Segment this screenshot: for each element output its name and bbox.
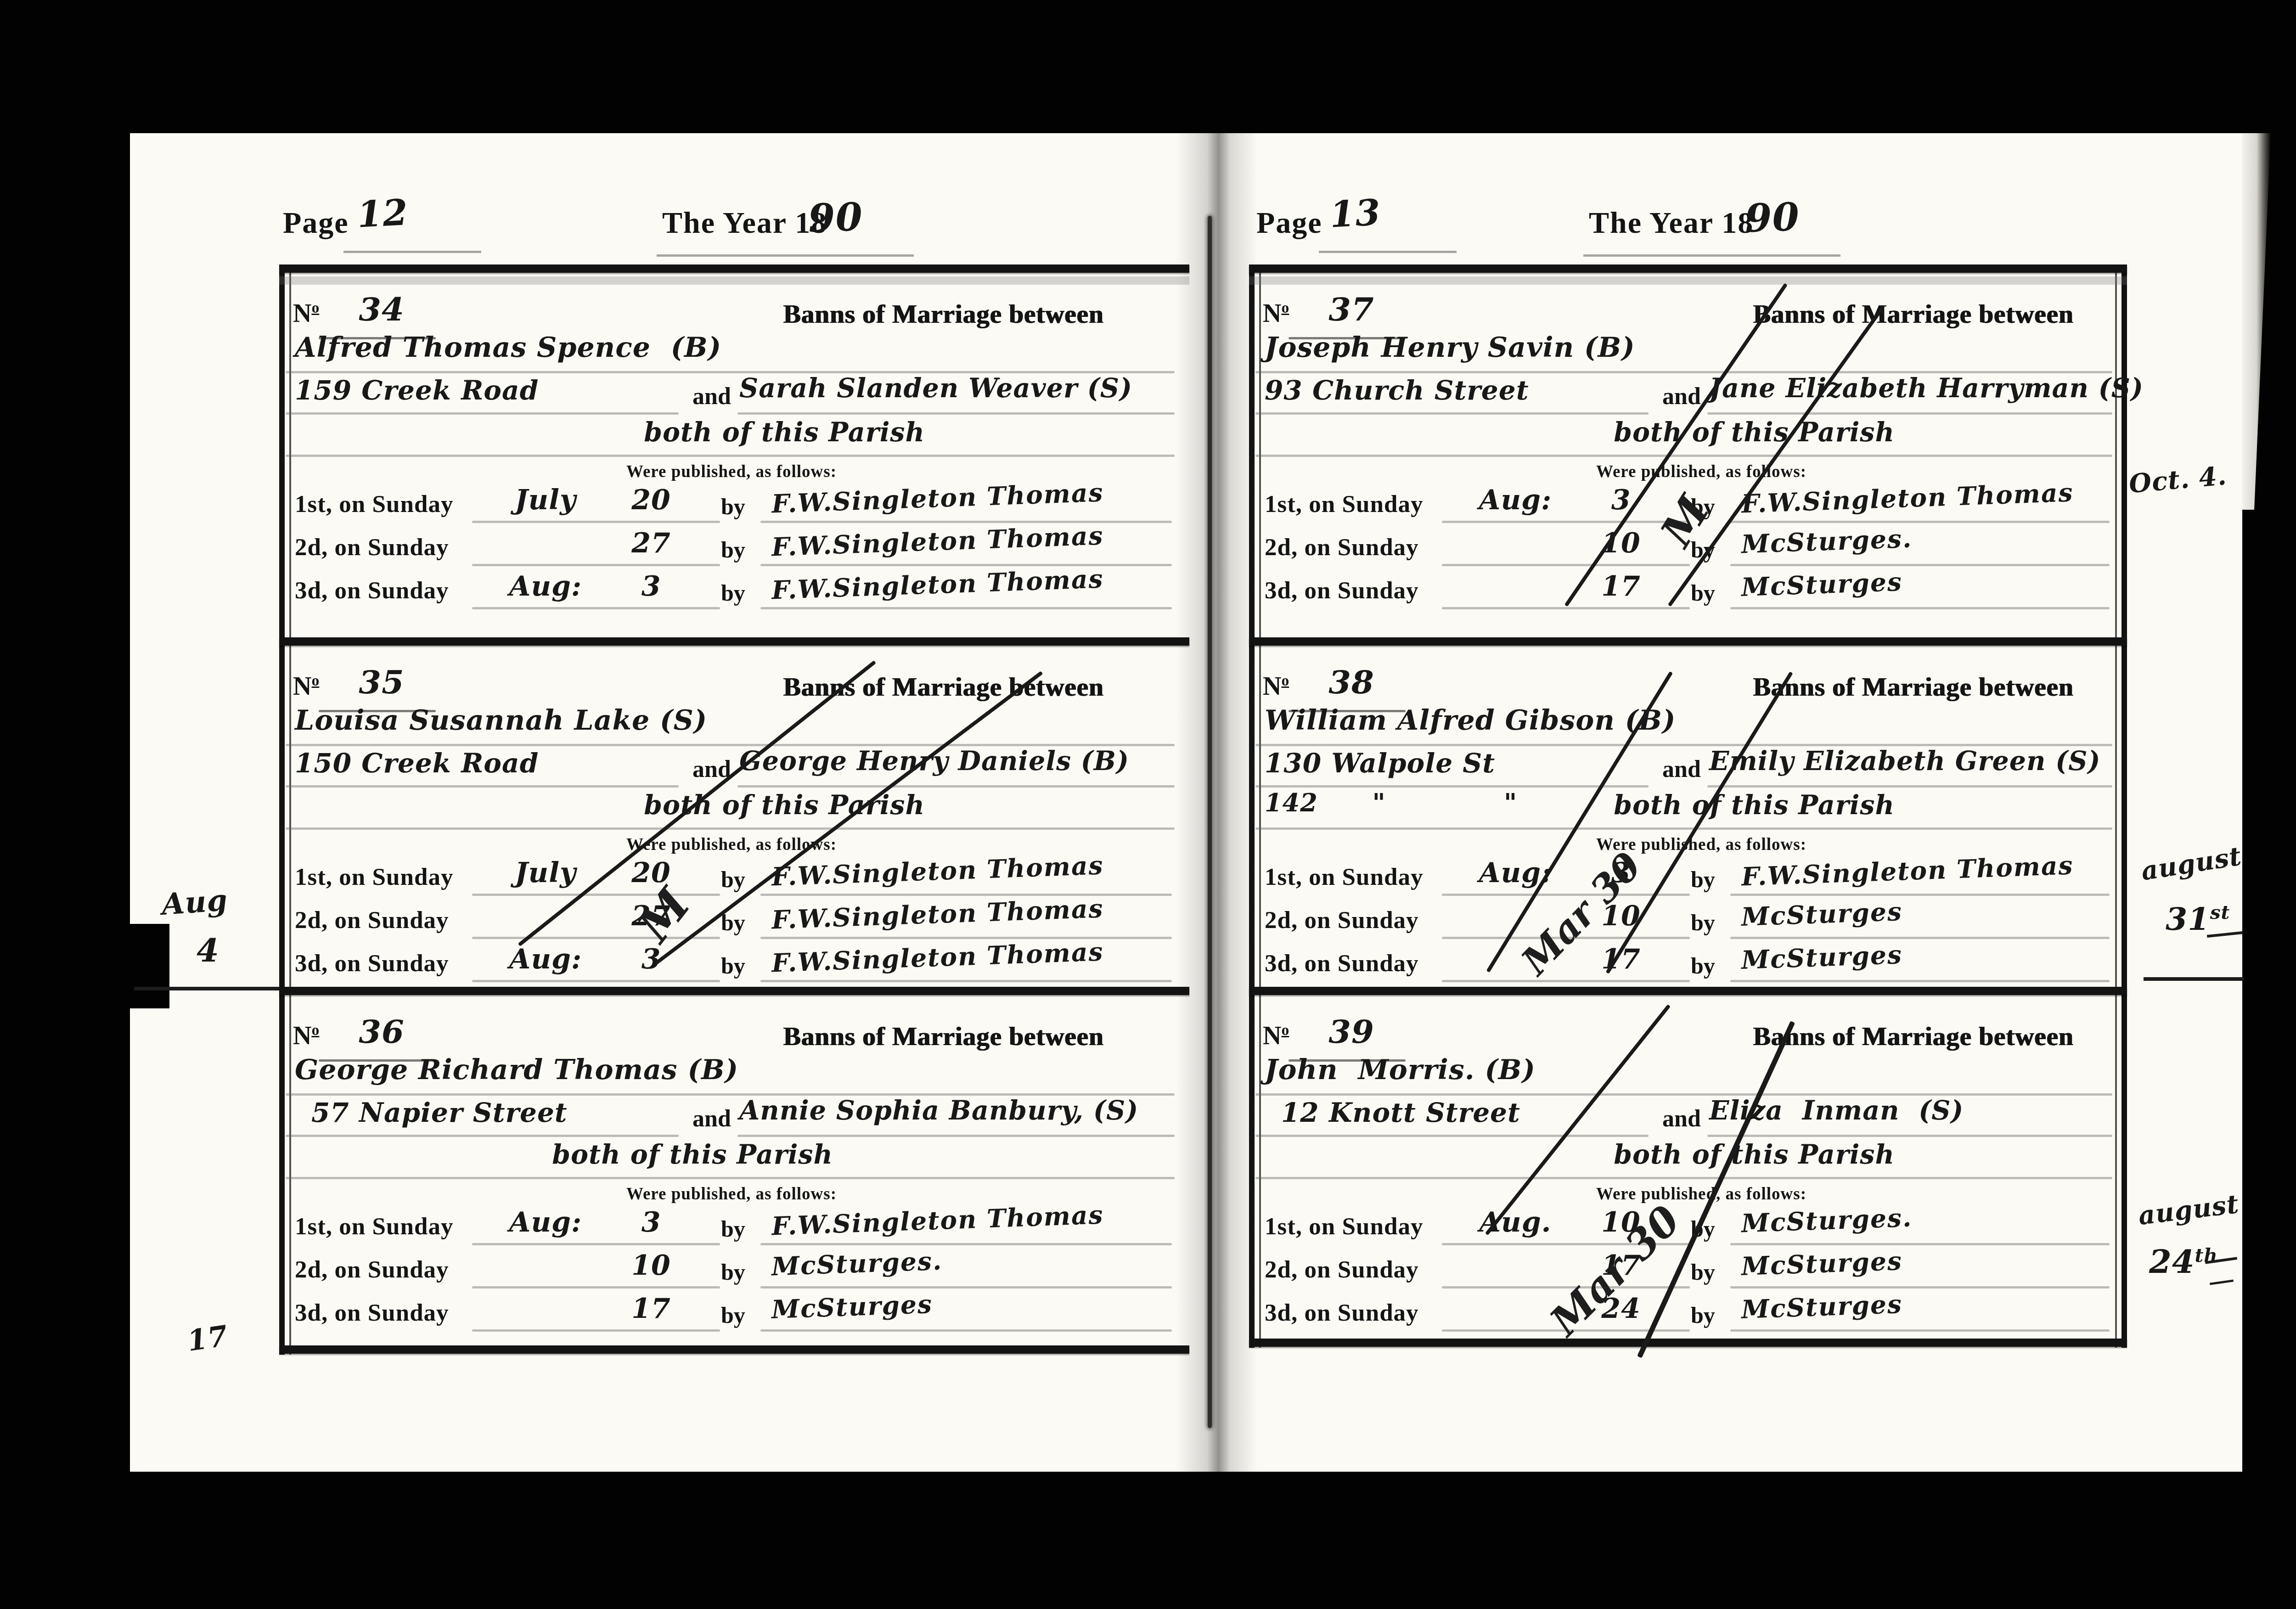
officiant-signature: McSturges	[1741, 896, 1903, 932]
writing-rule	[1707, 1135, 2112, 1137]
writing-rule	[760, 937, 1172, 939]
and-label: and	[692, 1105, 731, 1132]
row-label: 1st, on Sunday	[1265, 1213, 1423, 1240]
page-number-right: 13	[1329, 191, 1382, 236]
banns-day: 27	[617, 527, 686, 559]
officiant-signature: F.W.Singleton Thomas	[1741, 850, 2074, 891]
officiant-signature: McSturges.	[1741, 1203, 1913, 1238]
officiant-signature: McSturges	[1741, 1289, 1903, 1324]
banns-entry-36: No 36 Banns of Marriage between George R…	[279, 995, 1189, 1345]
address-line2: 142 " "	[1265, 788, 1517, 817]
banns-title: Banns of Marriage between	[743, 1022, 1143, 1052]
writing-rule	[1730, 1329, 2110, 1332]
writing-rule	[1442, 521, 1690, 523]
writing-rule	[737, 1135, 1175, 1137]
publication-row-3: 3d, on Sunday 17 by McSturges	[1249, 945, 2127, 988]
writing-rule	[1255, 455, 2112, 457]
page-number-rule	[1319, 251, 1457, 253]
writing-rule	[472, 1329, 720, 1332]
publication-row-3: 3d, on Sunday Aug: 3 by F.W.Singleton Th…	[279, 572, 1189, 615]
writing-rule	[760, 607, 1172, 609]
officiant-signature: McSturges	[1741, 1246, 1903, 1281]
banns-month: Aug:	[474, 943, 617, 975]
address: 150 Creek Road	[295, 748, 539, 779]
by-label: by	[721, 1259, 745, 1285]
writing-rule	[1730, 607, 2110, 609]
register-scan: Page 12 The Year 18 90 Page 13 The Year …	[0, 0, 2296, 1609]
row-label: 1st, on Sunday	[295, 490, 453, 518]
no-label: No	[293, 1021, 319, 1051]
writing-rule	[760, 1286, 1172, 1288]
margin-note-left-month: Aug	[161, 883, 229, 922]
party1-name: George Richard Thomas (B)	[295, 1054, 738, 1086]
parish-note: both of this Parish	[1570, 1139, 1938, 1170]
officiant-signature: F.W.Singleton Thomas	[771, 1199, 1104, 1241]
year-label-right: The Year 18	[1589, 206, 1754, 241]
writing-rule	[472, 1286, 720, 1288]
writing-rule	[1730, 564, 2110, 566]
banns-title: Banns of Marriage between	[743, 672, 1143, 702]
writing-rule	[1730, 980, 2110, 982]
entry-number: 37	[1299, 290, 1404, 328]
row-label: 3d, on Sunday	[295, 577, 449, 604]
by-label: by	[721, 579, 745, 606]
officiant-signature: McSturges	[771, 1289, 933, 1324]
and-label: and	[1662, 383, 1701, 410]
writing-rule	[286, 785, 679, 788]
party1-name: Louisa Susannah Lake (S)	[295, 704, 707, 737]
banns-day: 10	[1587, 527, 1655, 559]
banns-month: Aug:	[1444, 484, 1587, 516]
publication-row-1: 1st, on Sunday Aug: 3 by F.W.Singleton T…	[279, 1208, 1189, 1251]
and-label: and	[1662, 1105, 1701, 1132]
banns-title: Banns of Marriage between	[1713, 1022, 2113, 1052]
writing-rule	[286, 455, 1175, 457]
address: 159 Creek Road	[295, 375, 539, 406]
banns-entry-39: No 39 Banns of Marriage between John Mor…	[1249, 995, 2127, 1339]
writing-rule	[760, 980, 1172, 982]
writing-rule	[472, 521, 720, 523]
year-rule-right	[1583, 254, 1840, 257]
parish-note: both of this Parish	[601, 417, 968, 448]
writing-rule	[1255, 1177, 2112, 1179]
publication-row-3: 3d, on Sunday Aug: 3 by F.W.Singleton Th…	[279, 945, 1189, 988]
table-rule	[279, 264, 1189, 273]
banns-entry-38: No 38 Banns of Marriage between William …	[1249, 646, 2127, 987]
writing-rule	[286, 1135, 679, 1137]
party1-name: Joseph Henry Savin (B)	[1265, 332, 1635, 364]
published-label: Were published, as follows:	[582, 1184, 881, 1204]
banns-month: Aug.	[1444, 1206, 1587, 1238]
banns-day: 3	[617, 570, 686, 602]
writing-rule	[472, 564, 720, 566]
banns-table-left: No 34 Banns of Marriage between Alfred T…	[279, 264, 1189, 1355]
row-label: 3d, on Sunday	[295, 950, 449, 977]
no-label: No	[293, 672, 319, 701]
by-label: by	[721, 536, 745, 563]
row-label: 1st, on Sunday	[1265, 490, 1423, 518]
table-rule	[1249, 1339, 2127, 1347]
party1-name: John Morris. (B)	[1265, 1054, 1536, 1086]
writing-rule	[1442, 564, 1690, 566]
scan-notch	[130, 924, 169, 1008]
officiant-signature: F.W.Singleton Thomas	[771, 477, 1104, 518]
row-label: 2d, on Sunday	[1265, 1256, 1419, 1283]
entry-number: 39	[1299, 1013, 1404, 1051]
writing-rule	[472, 894, 720, 896]
writing-rule	[760, 564, 1172, 566]
writing-rule	[760, 521, 1172, 523]
year-label-left: The Year 18	[662, 206, 827, 241]
published-label: Were published, as follows:	[582, 462, 881, 482]
no-label: No	[1263, 672, 1289, 701]
no-label: No	[1263, 1021, 1289, 1051]
published-label: Were published, as follows:	[582, 835, 881, 855]
row-label: 2d, on Sunday	[1265, 906, 1419, 934]
by-label: by	[721, 1215, 745, 1242]
row-label: 2d, on Sunday	[295, 534, 449, 561]
banns-day: 20	[617, 857, 686, 889]
by-label: by	[1691, 952, 1715, 979]
entry-number: 36	[329, 1013, 434, 1051]
page-edge	[2242, 133, 2271, 510]
writing-rule	[286, 827, 1175, 830]
banns-entry-34: No 34 Banns of Marriage between Alfred T…	[279, 273, 1189, 637]
row-label: 3d, on Sunday	[1265, 1299, 1419, 1327]
page-number-left: 12	[356, 191, 409, 236]
writing-rule	[286, 412, 679, 415]
banns-month: Aug:	[474, 1206, 617, 1238]
publication-row-2: 2d, on Sunday 10 by McSturges	[1249, 902, 2127, 945]
table-rule	[1249, 264, 2127, 273]
party2-name: Sarah Slanden Weaver (S)	[739, 373, 1132, 404]
and-label: and	[692, 383, 731, 410]
writing-rule	[1255, 412, 1649, 415]
parish-note: both of this Parish	[1570, 790, 1938, 821]
officiant-signature: F.W.Singleton Thomas	[1741, 477, 2074, 518]
row-label: 3d, on Sunday	[1265, 950, 1419, 977]
writing-rule	[1730, 894, 2110, 896]
margin-note-left-bottom: 17	[185, 1319, 230, 1358]
by-label: by	[1691, 866, 1715, 893]
officiant-signature: McSturges	[1741, 567, 1903, 602]
writing-rule	[1730, 1286, 2110, 1288]
row-label: 1st, on Sunday	[295, 1213, 453, 1240]
published-label: Were published, as follows:	[1552, 835, 1851, 855]
officiant-signature: F.W.Singleton Thomas	[771, 850, 1104, 891]
address: 130 Walpole St	[1265, 748, 1495, 779]
and-label: and	[1662, 756, 1701, 783]
by-label: by	[1691, 579, 1715, 606]
year-rule-left	[657, 254, 914, 257]
banns-title: Banns of Marriage between	[1713, 672, 2113, 702]
writing-rule	[1730, 521, 2110, 523]
row-label: 1st, on Sunday	[1265, 863, 1423, 891]
banns-day: 17	[617, 1293, 686, 1325]
writing-rule	[472, 607, 720, 609]
officiant-signature: McSturges	[1741, 940, 1903, 975]
party2-name: Annie Sophia Banbury, (S)	[739, 1095, 1138, 1126]
officiant-signature: McSturges.	[771, 1246, 943, 1282]
writing-rule	[1442, 980, 1690, 982]
year-script-right: 90	[1744, 194, 1800, 241]
page-label-left: Page	[283, 206, 349, 241]
by-label: by	[721, 866, 745, 893]
published-label: Were published, as follows:	[1552, 462, 1851, 482]
row-label: 2d, on Sunday	[1265, 534, 1419, 561]
writing-rule	[760, 894, 1172, 896]
address: 12 Knott Street	[1281, 1097, 1520, 1128]
table-rule	[1249, 637, 2127, 646]
row-label: 2d, on Sunday	[295, 1256, 449, 1283]
writing-rule	[760, 1243, 1172, 1245]
publication-row-3: 3d, on Sunday 24 by McSturges	[1249, 1294, 2127, 1338]
banns-title: Banns of Marriage between	[743, 299, 1143, 329]
writing-rule	[1730, 1243, 2110, 1245]
row-label: 1st, on Sunday	[295, 863, 453, 891]
row-label: 3d, on Sunday	[295, 1299, 449, 1327]
margin-divider-line	[134, 987, 279, 990]
margin-note-left-day: 4	[197, 931, 219, 969]
parish-note: both of this Parish	[1570, 417, 1938, 448]
party1-name: Alfred Thomas Spence (B)	[295, 332, 721, 364]
parish-note: both of this Parish	[601, 790, 968, 821]
entry-number: 38	[1299, 663, 1404, 701]
margin-divider-line	[2144, 977, 2244, 981]
writing-rule	[760, 1329, 1172, 1332]
publication-row-2: 2d, on Sunday 17 by McSturges	[1249, 1251, 2127, 1294]
banns-month: Aug:	[1444, 857, 1587, 889]
page-label-right: Page	[1256, 206, 1322, 241]
address: 57 Napier Street	[311, 1097, 568, 1128]
page-number-rule	[343, 251, 481, 253]
writing-rule	[1707, 785, 2112, 788]
margin-note-august31-num: 31st	[2166, 901, 2230, 938]
address: 93 Church Street	[1265, 375, 1529, 406]
party2-name: Emily Elizabeth Green (S)	[1709, 746, 2100, 776]
writing-rule	[737, 785, 1175, 788]
published-label: Were published, as follows:	[1552, 1184, 1851, 1204]
banns-month: Aug:	[474, 570, 617, 602]
writing-rule	[737, 412, 1175, 415]
table-rule	[279, 1345, 1189, 1354]
officiant-signature: McSturges.	[1741, 523, 1913, 559]
banns-month: July	[474, 484, 617, 516]
table-rule	[279, 637, 1189, 646]
writing-rule	[1730, 937, 2110, 939]
writing-rule	[1255, 827, 2112, 830]
spine-shadow-line	[1208, 216, 1212, 1428]
entry-number: 35	[329, 663, 434, 701]
banns-day: 17	[1587, 570, 1655, 602]
by-label: by	[721, 1302, 745, 1328]
no-label: No	[1263, 299, 1289, 328]
by-label: by	[721, 952, 745, 979]
party2-name: George Henry Daniels (B)	[739, 746, 1129, 776]
banns-day: 20	[617, 484, 686, 516]
party1-name: William Alfred Gibson (B)	[1265, 704, 1676, 737]
writing-rule	[1255, 1093, 2112, 1096]
writing-rule	[1707, 412, 2112, 415]
party2-name: Jane Elizabeth Harryman (S)	[1709, 373, 2144, 404]
by-label: by	[721, 493, 745, 520]
banns-day: 3	[617, 1206, 686, 1238]
by-label: by	[1691, 1259, 1715, 1285]
entry-number: 34	[329, 290, 434, 328]
writing-rule	[286, 1177, 1175, 1179]
banns-entry-35: No 35 Banns of Marriage between Louisa S…	[279, 646, 1189, 987]
publication-row-3: 3d, on Sunday 17 by McSturges	[279, 1294, 1189, 1338]
parish-note: both of this Parish	[509, 1139, 876, 1170]
by-label: by	[1691, 909, 1715, 936]
row-label: 2d, on Sunday	[295, 906, 449, 934]
writing-rule	[1442, 607, 1690, 609]
year-script-left: 90	[807, 194, 863, 241]
writing-rule	[472, 980, 720, 982]
banns-day: 10	[617, 1249, 686, 1282]
publication-row-1: 1st, on Sunday Aug: 3 by F.W.Singleton T…	[1249, 859, 2127, 902]
publication-row-2: 2d, on Sunday 10 by McSturges.	[279, 1251, 1189, 1294]
by-label: by	[1691, 1302, 1715, 1328]
writing-rule	[472, 937, 720, 939]
writing-rule	[1255, 1135, 1649, 1137]
no-label: No	[293, 299, 319, 328]
banns-entry-37: No 37 Banns of Marriage between Joseph H…	[1249, 273, 2127, 637]
writing-rule	[1255, 785, 1649, 788]
writing-rule	[472, 1243, 720, 1245]
row-label: 3d, on Sunday	[1265, 577, 1419, 604]
